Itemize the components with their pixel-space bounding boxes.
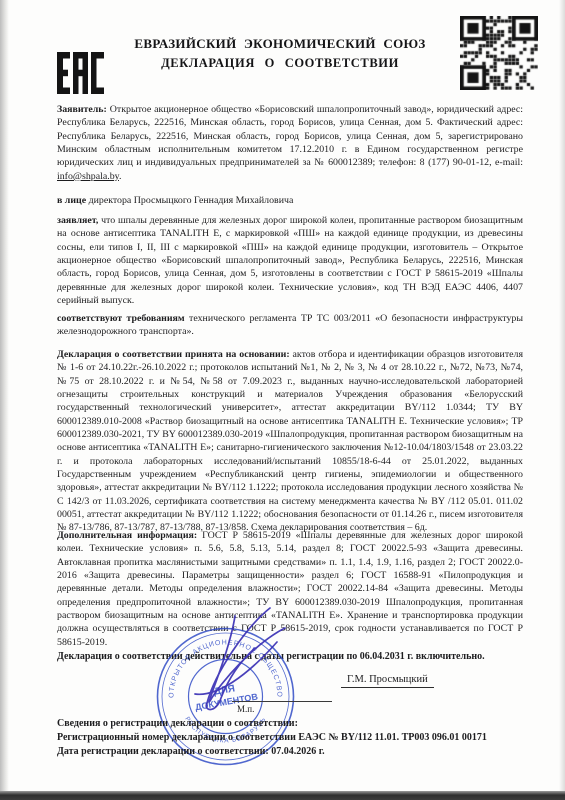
signature-line: [232, 701, 332, 702]
representative-text: директора Просмыцкого Геннадия Михайлови…: [89, 195, 294, 206]
applicant-paragraph: Заявитель: Открытое акционерное общество…: [57, 103, 523, 183]
declaration-document: ЕВРАЗИЙСКИЙ ЭКОНОМИЧЕСКИЙ СОЮЗ ДЕКЛАРАЦИ…: [0, 0, 565, 800]
declaration-label: заявляет,: [57, 215, 98, 226]
stamp-place-label: М.п.: [237, 704, 254, 714]
compliance-paragraph: соответствуют требованиям технического р…: [57, 312, 523, 339]
title-line1: ЕВРАЗИЙСКИЙ ЭКОНОМИЧЕСКИЙ СОЮЗ: [100, 36, 460, 52]
applicant-text-after: .: [119, 171, 121, 182]
qr-code-icon: [460, 16, 538, 90]
registration-date-line: Дата регистрации декларации о соответств…: [57, 745, 537, 759]
email-link[interactable]: info@shpala.by: [57, 171, 119, 182]
signatory-name: Г.М. Просмыцкий: [341, 674, 434, 688]
eac-mark-icon: [57, 52, 104, 94]
basis-text: актов отбора и идентификации образцов из…: [57, 349, 523, 533]
scan-edge-right: [559, 0, 565, 800]
basis-label: Декларация о соответствии принята на осн…: [57, 349, 290, 360]
declaration-text: что шпалы деревянные для железных дорог …: [57, 215, 523, 306]
applicant-label: Заявитель:: [57, 104, 107, 115]
document-title: ЕВРАЗИЙСКИЙ ЭКОНОМИЧЕСКИЙ СОЮЗ ДЕКЛАРАЦИ…: [100, 36, 460, 71]
title-line2: ДЕКЛАРАЦИЯ О СООТВЕТСТВИИ: [100, 56, 460, 71]
scan-edge-bottom: [0, 791, 565, 800]
scan-edge-left: [0, 0, 9, 800]
basis-paragraph: Декларация о соответствии принята на осн…: [57, 348, 523, 535]
applicant-text: Открытое акционерное общество «Борисовск…: [57, 104, 523, 168]
compliance-label: соответствуют требованиям: [57, 313, 185, 324]
additional-info-label: Дополнительная информация:: [57, 530, 197, 541]
registration-heading: Сведения о регистрации декларации о соот…: [57, 717, 537, 731]
registration-block: Сведения о регистрации декларации о соот…: [57, 717, 537, 760]
registration-number-line: Регистрационный номер декларации о соотв…: [57, 731, 537, 745]
declaration-paragraph: заявляет, что шпалы деревянные для желез…: [57, 214, 523, 307]
representative-label: в лице: [57, 195, 86, 206]
representative-line: в лице директора Просмыцкого Геннадия Ми…: [57, 194, 523, 207]
